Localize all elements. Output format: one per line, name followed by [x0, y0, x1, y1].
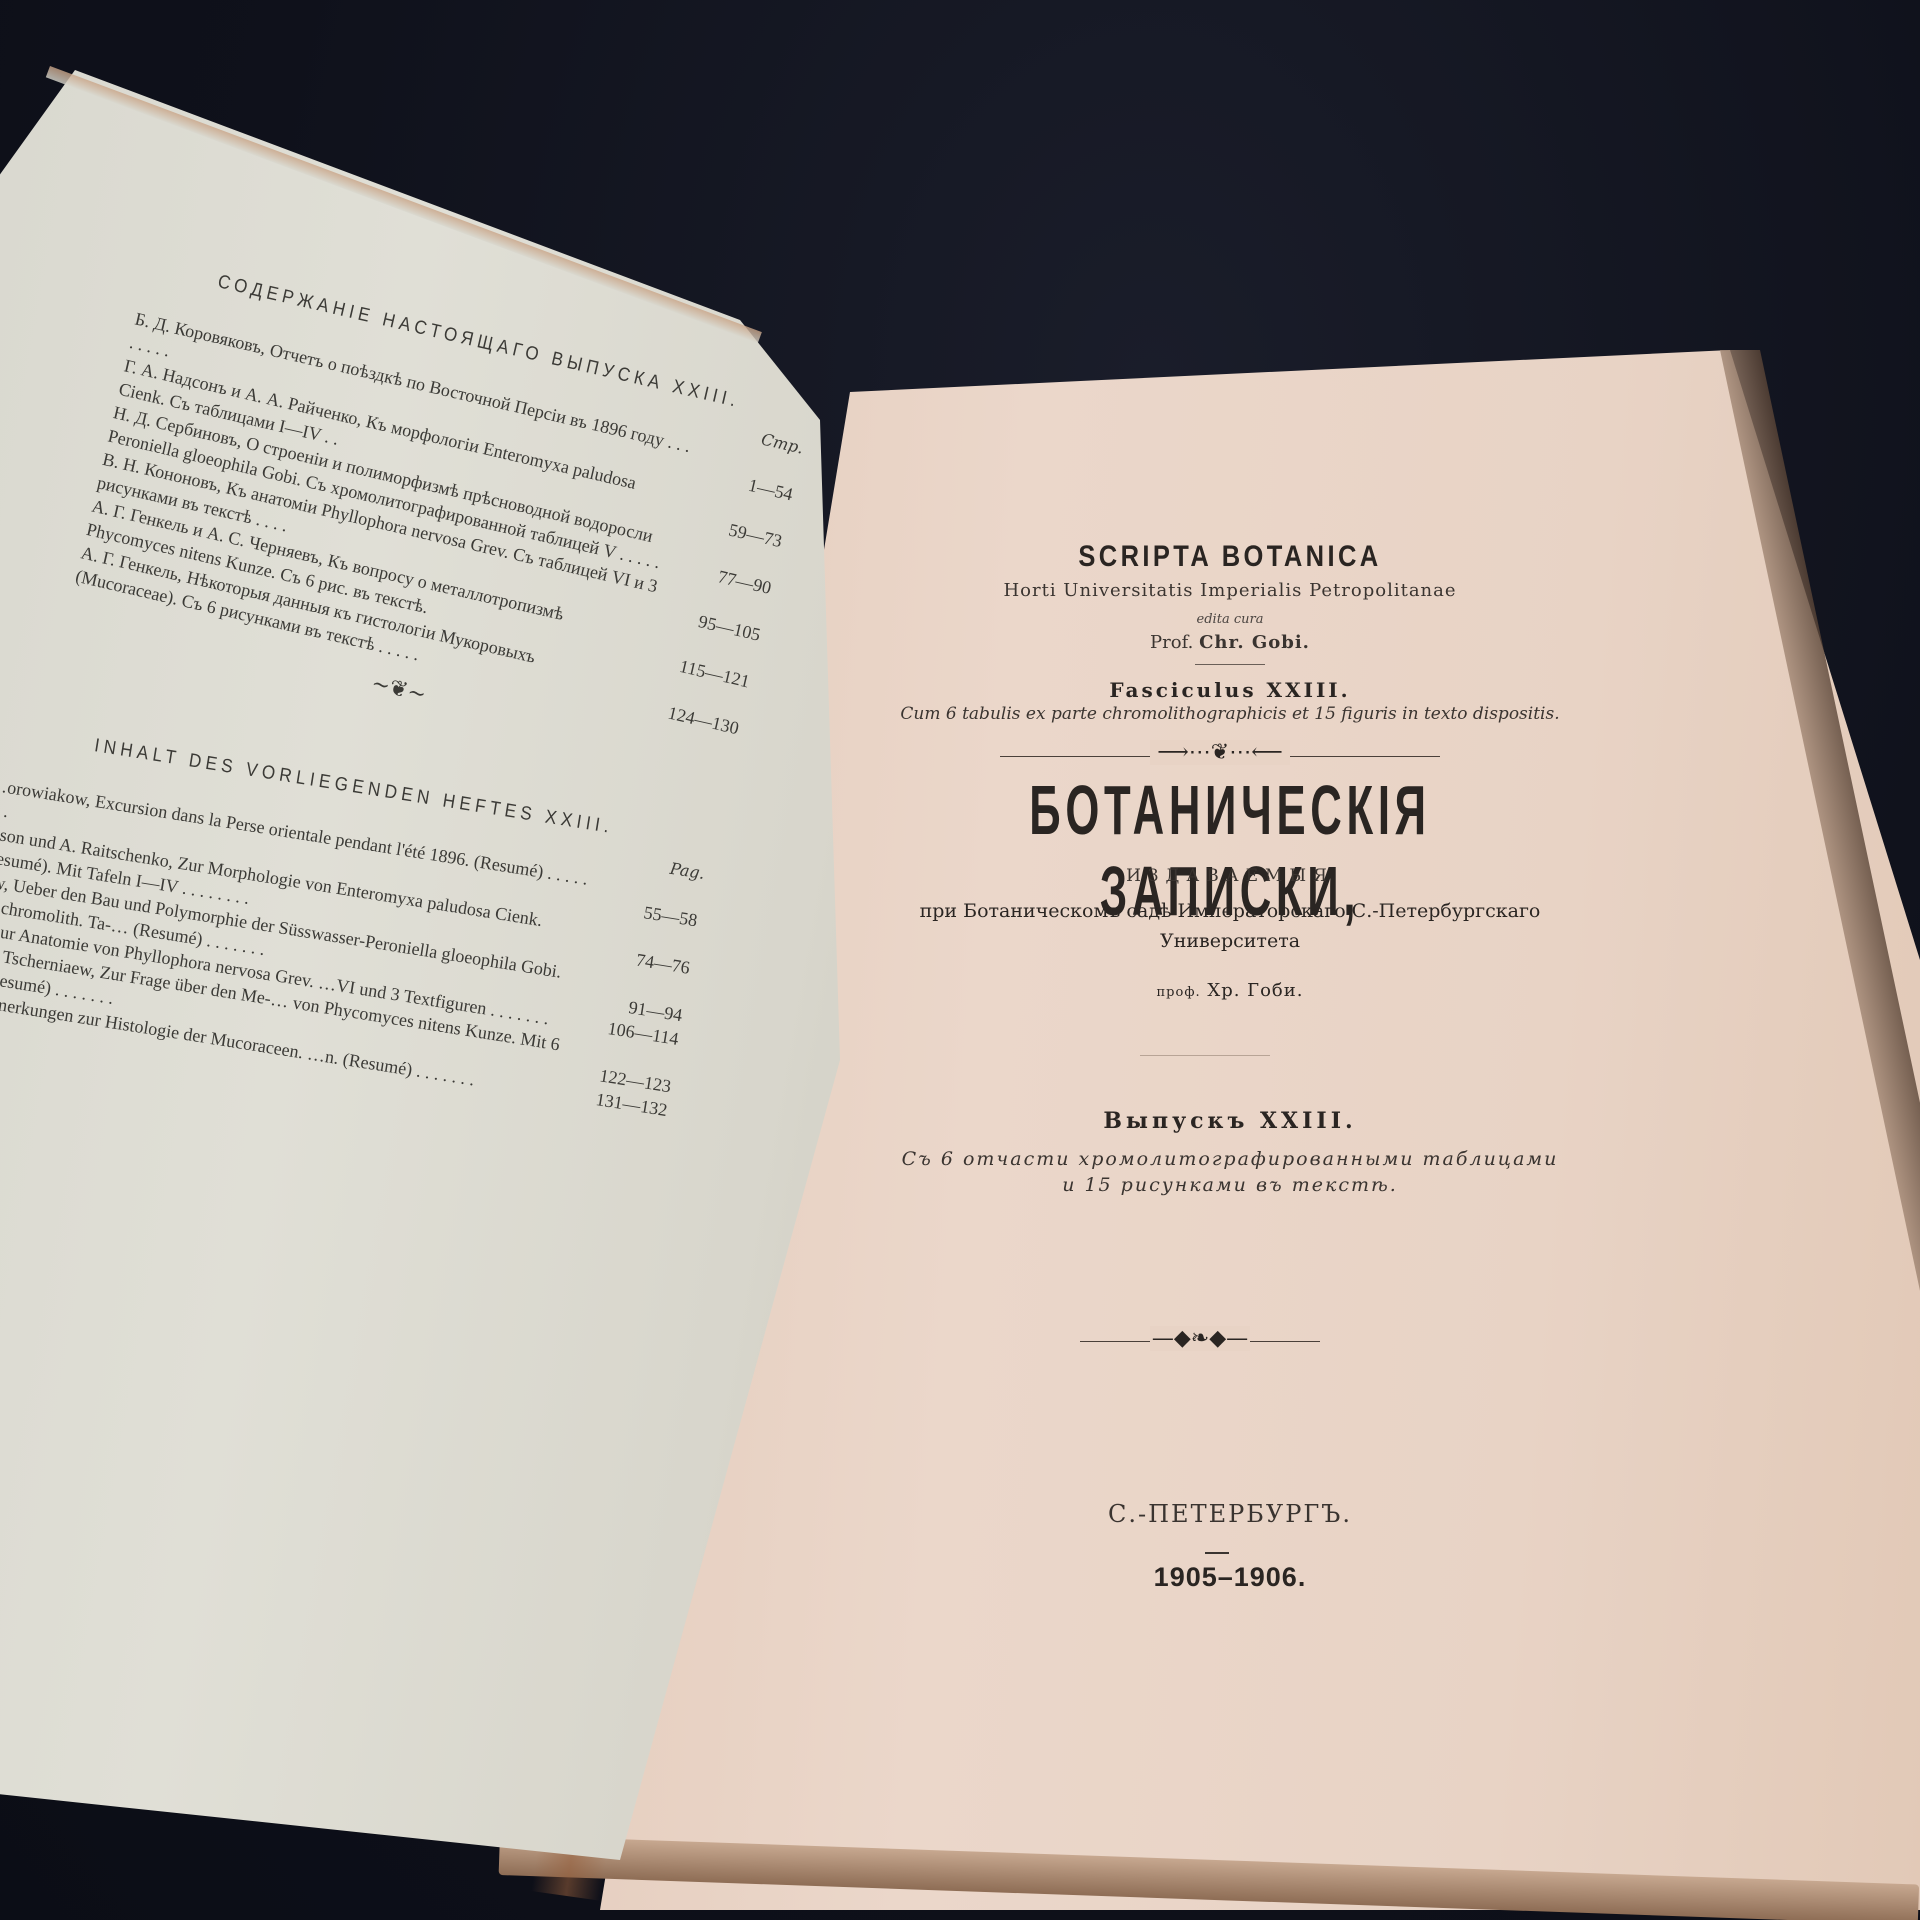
- latin-editor: Chr. Gobi.: [1199, 632, 1310, 653]
- latin-subtitle: Horti Universitatis Imperialis Petropoli…: [850, 580, 1610, 601]
- russian-published-by: ИЗДАВАЕМЫЯ: [850, 866, 1610, 886]
- ornament-top-icon: ⟶⋯❦⋯⟵: [1150, 740, 1290, 765]
- russian-issue-note-2: и 15 рисунками въ текстѣ.: [850, 1174, 1610, 1196]
- latin-title: SCRIPTA BOTANICA: [907, 540, 1553, 574]
- russian-institution-line1: при Ботаническомъ садѣ Императорскаго С.…: [850, 900, 1610, 922]
- publication-city: С.-ПЕТЕРБУРГЪ.: [850, 1500, 1610, 1528]
- city-year-dash: [1205, 1552, 1229, 1554]
- russian-editor-line: проф. Хр. Гоби.: [850, 980, 1610, 1001]
- russian-editor: Хр. Гоби.: [1207, 980, 1303, 1001]
- russian-institution-line2: Университета: [850, 930, 1610, 952]
- latin-editor-prefix: Prof.: [1150, 632, 1193, 653]
- latin-fascicle-note: Cum 6 tabulis ex parte chromolithographi…: [850, 704, 1610, 724]
- latin-editor-line: Prof. Chr. Gobi.: [850, 632, 1610, 653]
- short-rule-2: [1140, 1055, 1270, 1056]
- latin-edita: edita cura: [850, 612, 1610, 627]
- russian-issue: Выпускъ XXIII.: [850, 1108, 1610, 1134]
- russian-issue-note-1: Съ 6 отчасти хромолитографированными таб…: [850, 1148, 1610, 1170]
- publication-years: 1905–1906.: [850, 1562, 1610, 1593]
- photo-scene: SCRIPTA BOTANICA Horti Universitatis Imp…: [0, 0, 1920, 1920]
- short-rule: [1195, 664, 1265, 665]
- ornament-bottom-icon: —◆❧◆—: [1150, 1326, 1250, 1351]
- latin-fascicle: Fasciculus XXIII.: [850, 678, 1610, 702]
- russian-editor-prefix: проф.: [1157, 985, 1201, 1000]
